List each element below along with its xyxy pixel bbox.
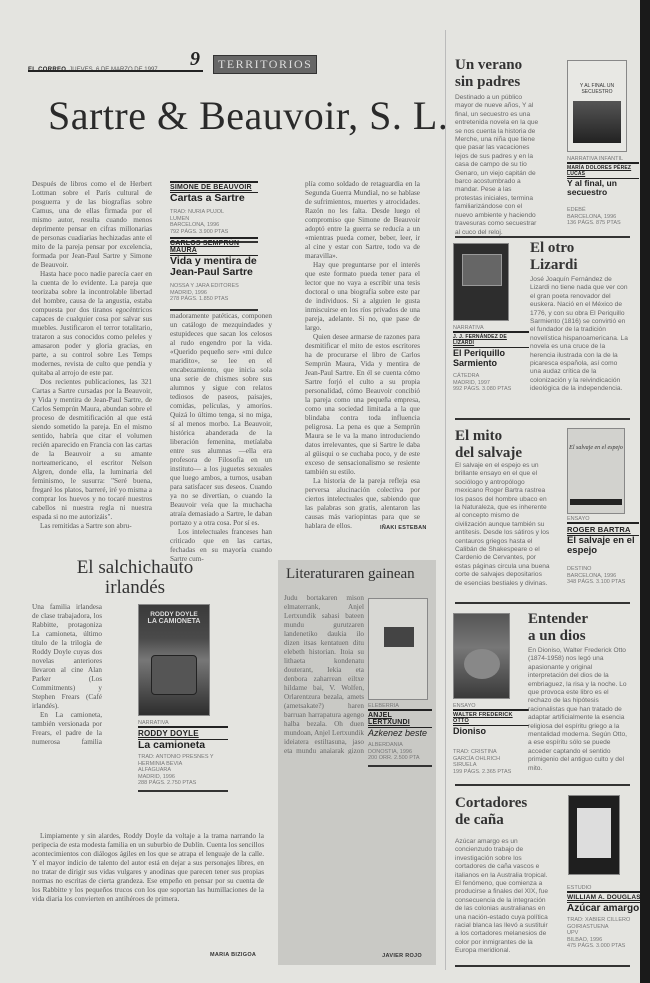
book-author: RODDY DOYLE bbox=[138, 726, 228, 740]
paragraph: Las remitidas a Sartre son abru- bbox=[32, 522, 152, 531]
cover-text: LA CAMIONETA bbox=[139, 618, 209, 625]
cover-illustration bbox=[464, 649, 500, 679]
book-title: Dioniso bbox=[453, 726, 529, 737]
headline-line: sin padres bbox=[455, 74, 522, 91]
page-number: 9 bbox=[190, 48, 200, 71]
main-headline: Sartre & Beauvoir, S. L. bbox=[48, 92, 448, 139]
book-cover-azkenez-beste bbox=[368, 598, 428, 700]
book-author: WALTER FREDERICK OTTO bbox=[453, 709, 529, 726]
book-author: ROGER BARTRA bbox=[567, 522, 639, 536]
book-title: Vida y mentira de Jean-Paul Sartre bbox=[170, 256, 258, 278]
headline-line: a un dios bbox=[528, 628, 588, 645]
book-cover-azucar-amargo bbox=[568, 795, 620, 875]
truck-illustration bbox=[151, 655, 197, 695]
headline-line: de caña bbox=[455, 812, 527, 829]
main-article-col1: Después de libros como el de Herbert Lot… bbox=[32, 180, 152, 531]
cover-illustration bbox=[462, 254, 502, 286]
divider bbox=[368, 765, 432, 767]
book-info: NARRATIVA INFANTIL MARÍA DOLORES PÉREZ L… bbox=[567, 156, 639, 227]
divider bbox=[138, 790, 228, 792]
book-title: Azkenez beste bbox=[368, 728, 432, 739]
paragraph: Limpiamente y sin alardes, Roddy Doyle d… bbox=[32, 832, 264, 904]
book-info-camioneta: NARRATIVA RODDY DOYLE La camioneta TRAD:… bbox=[138, 720, 228, 792]
book-author: MARÍA DOLORES PÉREZ LUCAS bbox=[567, 162, 639, 179]
book-author: WILLIAM A. DOUGLAS bbox=[567, 891, 641, 903]
divider bbox=[455, 236, 630, 238]
book-title: Azúcar amargo bbox=[567, 903, 641, 914]
headline-line: El otro bbox=[530, 240, 578, 257]
headline-line: Cortadores bbox=[455, 795, 527, 812]
headline-line: Entender bbox=[528, 611, 588, 628]
cover-illustration bbox=[384, 627, 414, 647]
cover-text: RODDY DOYLE bbox=[139, 611, 209, 618]
sidebar-text: Azúcar amargo es un concienzudo trabajo … bbox=[455, 838, 553, 956]
section-label: TERRITORIOS bbox=[213, 55, 317, 74]
sidebar-text: Destinado a un público mayor de nueve añ… bbox=[455, 94, 539, 237]
book-author: J. J. FERNÁNDEZ DE LIZARDI bbox=[453, 331, 529, 348]
column-divider bbox=[445, 30, 446, 970]
book-meta: 199 PÁGS. 2.365 PTAS bbox=[453, 769, 529, 776]
paragraph: Hasta hace poco nadie parecía caer en la… bbox=[32, 270, 152, 378]
divider bbox=[170, 309, 258, 311]
divider bbox=[455, 418, 630, 420]
salchichauto-headline: El salchichauto irlandés bbox=[40, 558, 230, 598]
page-edge bbox=[640, 0, 650, 983]
sidebar-text: En Dioniso, Walter Frederick Otto (1874-… bbox=[528, 647, 628, 773]
sidebar-headline: Un verano sin padres bbox=[455, 57, 522, 91]
main-article-col2: madoramente patéticas, componen un catál… bbox=[170, 312, 272, 564]
book-title: El Periquillo Sarmiento bbox=[453, 348, 529, 368]
cover-text: Y AL FINAL UN SECUESTRO bbox=[568, 83, 626, 95]
sidebar-headline: Cortadores de caña bbox=[455, 795, 527, 829]
book-title: La camioneta bbox=[138, 740, 228, 751]
book-meta: 136 PÁGS. 875 PTAS bbox=[567, 220, 639, 227]
paragraph: Quien desee armarse de razones para desm… bbox=[305, 333, 420, 477]
book-meta: 278 PÁGS. 1.850 PTAS bbox=[170, 296, 258, 303]
headline-line: Lizardi bbox=[530, 257, 578, 274]
main-article-col3: plía como soldado de retaguardia en la S… bbox=[305, 180, 420, 531]
paragraph: Una familia irlandesa de clase trabajado… bbox=[32, 603, 102, 711]
book-meta: TRAD: XABIER CILLERO bbox=[567, 917, 641, 924]
byline: JAVIER ROJO bbox=[382, 953, 422, 959]
book-cover-dioniso bbox=[453, 613, 510, 699]
book-title: Cartas a Sartre bbox=[170, 193, 258, 204]
book-meta: 475 PÁGS. 3.000 PTAS bbox=[567, 943, 641, 950]
book-meta: 792 PÁGS. 3.900 PTAS bbox=[170, 229, 258, 236]
headline-line: El mito bbox=[455, 428, 522, 445]
headline-line: El salchichauto bbox=[40, 558, 230, 578]
book-cover-salvaje: El salvaje en el espejo bbox=[567, 428, 625, 514]
divider bbox=[455, 602, 630, 604]
paragraph: Después de libros como el de Herbert Lot… bbox=[32, 180, 152, 270]
literaturaren-headline: Literaturaren gainean bbox=[286, 566, 415, 583]
cover-band bbox=[570, 499, 622, 505]
paragraph: La historia de la pareja refleja esa per… bbox=[305, 477, 420, 531]
cover-text: El salvaje en el espejo bbox=[568, 445, 624, 451]
literaturaren-body-narrow: Judu bortakaren mison elmaterrank, Anjel… bbox=[284, 594, 364, 754]
paragraph: madoramente patéticas, componen un catál… bbox=[170, 312, 272, 528]
header-rule bbox=[28, 70, 203, 72]
headline-line: irlandés bbox=[40, 578, 230, 598]
book-meta: 992 PÁGS. 3.080 PTAS bbox=[453, 386, 529, 393]
book-title: Y al final, un secuestro bbox=[567, 179, 639, 197]
book-info: ENSAYO ROGER BARTRA El salvaje en el esp… bbox=[567, 516, 639, 586]
byline: IÑAKI ESTEBAN bbox=[380, 525, 427, 531]
sidebar-headline: El otro Lizardi bbox=[530, 240, 578, 274]
book-info-beauvoir: SIMONE DE BEAUVOIR Cartas a Sartre TRAD:… bbox=[170, 181, 258, 243]
book-cover-periquillo bbox=[453, 243, 509, 321]
book-info: ENSAYO WALTER FREDERICK OTTO Dioniso TRA… bbox=[453, 703, 529, 775]
paragraph: En La camioneta, también versionada por … bbox=[32, 711, 102, 748]
book-cover-y-al-final: Y AL FINAL UN SECUESTRO bbox=[567, 60, 627, 152]
headline-line: del salvaje bbox=[455, 445, 522, 462]
sidebar-headline: Entender a un dios bbox=[528, 611, 588, 645]
sidebar-text: José Joaquín Fernández de Lizardi no tie… bbox=[530, 276, 628, 394]
book-author: CARLOS SEMPRÚN MAURA bbox=[170, 237, 258, 256]
book-info-azkenez: ELEBERRIA ANJEL LERTXUNDI Azkenez beste … bbox=[368, 703, 432, 767]
cover-illustration bbox=[573, 101, 621, 143]
masthead: EL CORREOJUEVES, 6 DE MARZO DE 1997 bbox=[28, 58, 158, 76]
newspaper-page: EL CORREOJUEVES, 6 DE MARZO DE 1997 9 TE… bbox=[0, 0, 640, 983]
salchichauto-body-wide: Limpiamente y sin alardes, Roddy Doyle d… bbox=[32, 832, 264, 904]
literaturaren-box: Literaturaren gainean Judu bortakaren mi… bbox=[278, 560, 436, 965]
book-info: ESTUDIO WILLIAM A. DOUGLAS Azúcar amargo… bbox=[567, 885, 641, 950]
paragraph: Hay que preguntarse por el interés que e… bbox=[305, 261, 420, 333]
salchichauto-body-narrow: Una familia irlandesa de clase trabajado… bbox=[32, 603, 102, 748]
book-info-semprun: CARLOS SEMPRÚN MAURA Vida y mentira de J… bbox=[170, 237, 258, 311]
divider bbox=[455, 784, 630, 786]
divider bbox=[455, 965, 630, 967]
cover-panel bbox=[577, 808, 611, 858]
sidebar-headline: El mito del salvaje bbox=[455, 428, 522, 462]
paragraph: Dos recientes publicaciones, las 321 Car… bbox=[32, 378, 152, 522]
book-title: El salvaje en el espejo bbox=[567, 536, 639, 556]
book-cover-la-camioneta: RODDY DOYLE LA CAMIONETA bbox=[138, 604, 210, 716]
headline-line: Un verano bbox=[455, 57, 522, 74]
book-info: NARRATIVA J. J. FERNÁNDEZ DE LIZARDI El … bbox=[453, 325, 529, 393]
book-meta: 348 PÁGS. 3.100 PTAS bbox=[567, 579, 639, 586]
sidebar-text: El salvaje en el espejo es un brillante … bbox=[455, 462, 550, 588]
book-meta: 288 PÁGS. 2.750 PTAS bbox=[138, 780, 228, 787]
book-author: ANJEL LERTXUNDI bbox=[368, 709, 432, 728]
book-meta: 200 ORR. 2.500 PTA bbox=[368, 755, 432, 762]
paragraph: plía como soldado de retaguardia en la S… bbox=[305, 180, 420, 261]
byline: MARIA BIZIGOA bbox=[210, 952, 256, 958]
